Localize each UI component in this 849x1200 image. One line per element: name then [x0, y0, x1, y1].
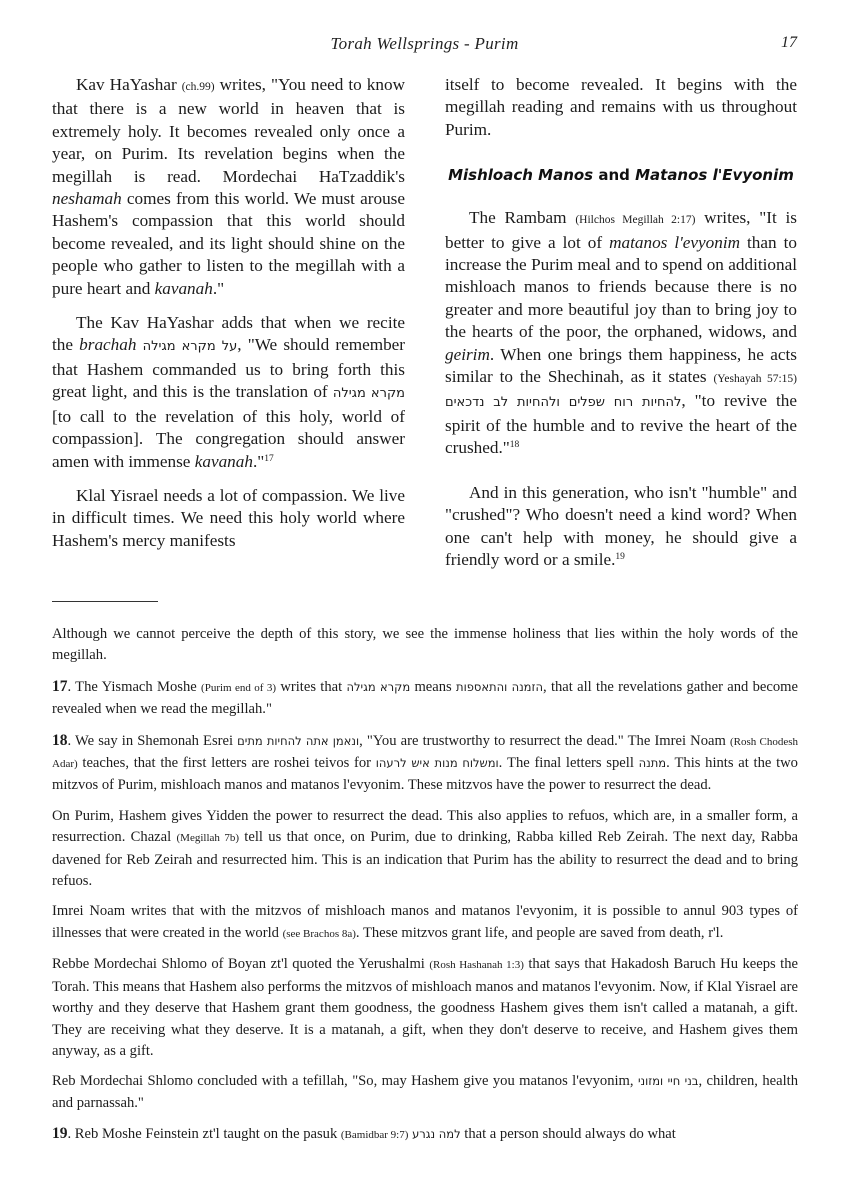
page-number: 17: [781, 34, 797, 52]
heading-term: Matanos l'Evyonim: [635, 166, 794, 184]
source-citation: (Rosh Hashanah 1:3): [429, 959, 524, 971]
heading-term: Mishloach Manos: [448, 166, 593, 184]
text: writes that: [276, 679, 346, 695]
hebrew-phrase: ומשלוח מנות איש לרעהו: [376, 756, 499, 770]
text: . The Yismach Moshe: [68, 679, 202, 695]
text: Kav HaYashar: [76, 75, 182, 94]
hebrew-phrase: מתנה: [639, 756, 667, 770]
text: Rebbe Mordechai Shlomo of Boyan zt'l quo…: [52, 956, 429, 972]
footnote-number: 18: [52, 732, 68, 749]
paragraph-rambam: The Rambam (Hilchos Megillah 2:17) write…: [445, 207, 797, 459]
text: . The final letters spell: [499, 755, 639, 771]
source-citation: (Megillah 7b): [177, 832, 239, 844]
hebrew-phrase: למה נגרע: [412, 1127, 461, 1141]
text: . These mitzvos grant life, and people a…: [356, 925, 723, 941]
source-citation: (Yeshayah 57:15): [713, 373, 797, 385]
footnote-19: 19. Reb Moshe Feinstein zt'l taught on t…: [52, 1123, 798, 1146]
text: .": [213, 279, 224, 298]
footnote-number: 17: [52, 678, 68, 695]
footnote-ref-19[interactable]: 19: [615, 552, 625, 562]
heading-text: and: [593, 166, 635, 184]
italic-term: kavanah: [155, 279, 213, 298]
hebrew-phrase: ונאמן אתה להחיות מתים: [237, 734, 359, 748]
italic-term: kavanah: [195, 452, 253, 471]
footnote-continuation: Although we cannot perceive the depth of…: [52, 624, 798, 667]
footnotes: Although we cannot perceive the depth of…: [52, 624, 798, 1156]
source-citation: (ch.99): [182, 81, 215, 93]
running-title: Torah Wellsprings - Purim: [0, 34, 849, 54]
footnote-17: 17. The Yismach Moshe (Purim end of 3) w…: [52, 676, 798, 721]
hebrew-phrase: על מקרא מגילה: [143, 339, 238, 354]
text: . Reb Moshe Feinstein zt'l taught on the…: [68, 1126, 341, 1142]
italic-term: brachah: [79, 335, 136, 354]
source-citation: (see Brachos 8a): [283, 928, 356, 940]
text: means: [410, 679, 456, 695]
text: teaches, that the first letters are rosh…: [78, 755, 376, 771]
paragraph-kav-hayashar: Kav HaYashar (ch.99) writes, "You need t…: [52, 74, 405, 300]
left-column: Kav HaYashar (ch.99) writes, "You need t…: [52, 74, 405, 564]
italic-term: matanos l'evyonim: [609, 233, 740, 252]
paragraph-klal-yisrael: Klal Yisrael needs a lot of compassion. …: [52, 485, 405, 552]
hebrew-phrase: מקרא מגילה: [333, 386, 405, 401]
footnote-18-part-4: Rebbe Mordechai Shlomo of Boyan zt'l quo…: [52, 954, 798, 1062]
hebrew-phrase: להחיות רוח שפלים ולהחיות לב נדכאים: [445, 395, 681, 410]
footnote-number: 19: [52, 1125, 68, 1142]
section-heading: Mishloach Manos and Matanos l'Evyonim: [445, 165, 797, 185]
text: .": [253, 452, 264, 471]
text: . We say in Shemonah Esrei: [68, 733, 238, 749]
book-page: Torah Wellsprings - Purim 17 Kav HaYasha…: [0, 0, 849, 1200]
paragraph-bracha: The Kav HaYashar adds that when we recit…: [52, 312, 405, 473]
paragraph-continuation: itself to become revealed. It begins wit…: [445, 74, 797, 141]
paragraph-generation: And in this generation, who isn't "humbl…: [445, 482, 797, 572]
footnote-ref-18[interactable]: 18: [510, 440, 520, 450]
text: , "You are trustworthy to resurrect the …: [359, 733, 730, 749]
text: The Rambam: [469, 208, 575, 227]
footnote-divider: [52, 601, 158, 602]
footnote-18: 18. We say in Shemonah Esrei ונאמן אתה ל…: [52, 730, 798, 797]
source-citation: (Hilchos Megillah 2:17): [575, 214, 695, 226]
footnote-ref-17[interactable]: 17: [264, 454, 274, 464]
text: Reb Mordechai Shlomo concluded with a te…: [52, 1073, 638, 1089]
footnote-18-part-3: Imrei Noam writes that with the mitzvos …: [52, 901, 798, 945]
italic-term: geirim: [445, 345, 490, 364]
footnote-18-part-5: Reb Mordechai Shlomo concluded with a te…: [52, 1071, 798, 1114]
source-citation: (Purim end of 3): [201, 682, 276, 694]
footnote-18-part-2: On Purim, Hashem gives Yidden the power …: [52, 806, 798, 893]
source-citation: (Bamidbar 9:7): [341, 1129, 409, 1141]
hebrew-phrase: בני חיי ומזוני: [638, 1074, 699, 1088]
hebrew-phrase: מקרא מגילה: [347, 680, 411, 694]
text: that a person should always do what: [461, 1126, 676, 1142]
hebrew-phrase: הזמנה והתאספות: [456, 680, 543, 694]
running-header: Torah Wellsprings - Purim 17: [0, 34, 849, 56]
right-column: itself to become revealed. It begins wit…: [445, 74, 797, 583]
italic-term: neshamah: [52, 189, 122, 208]
